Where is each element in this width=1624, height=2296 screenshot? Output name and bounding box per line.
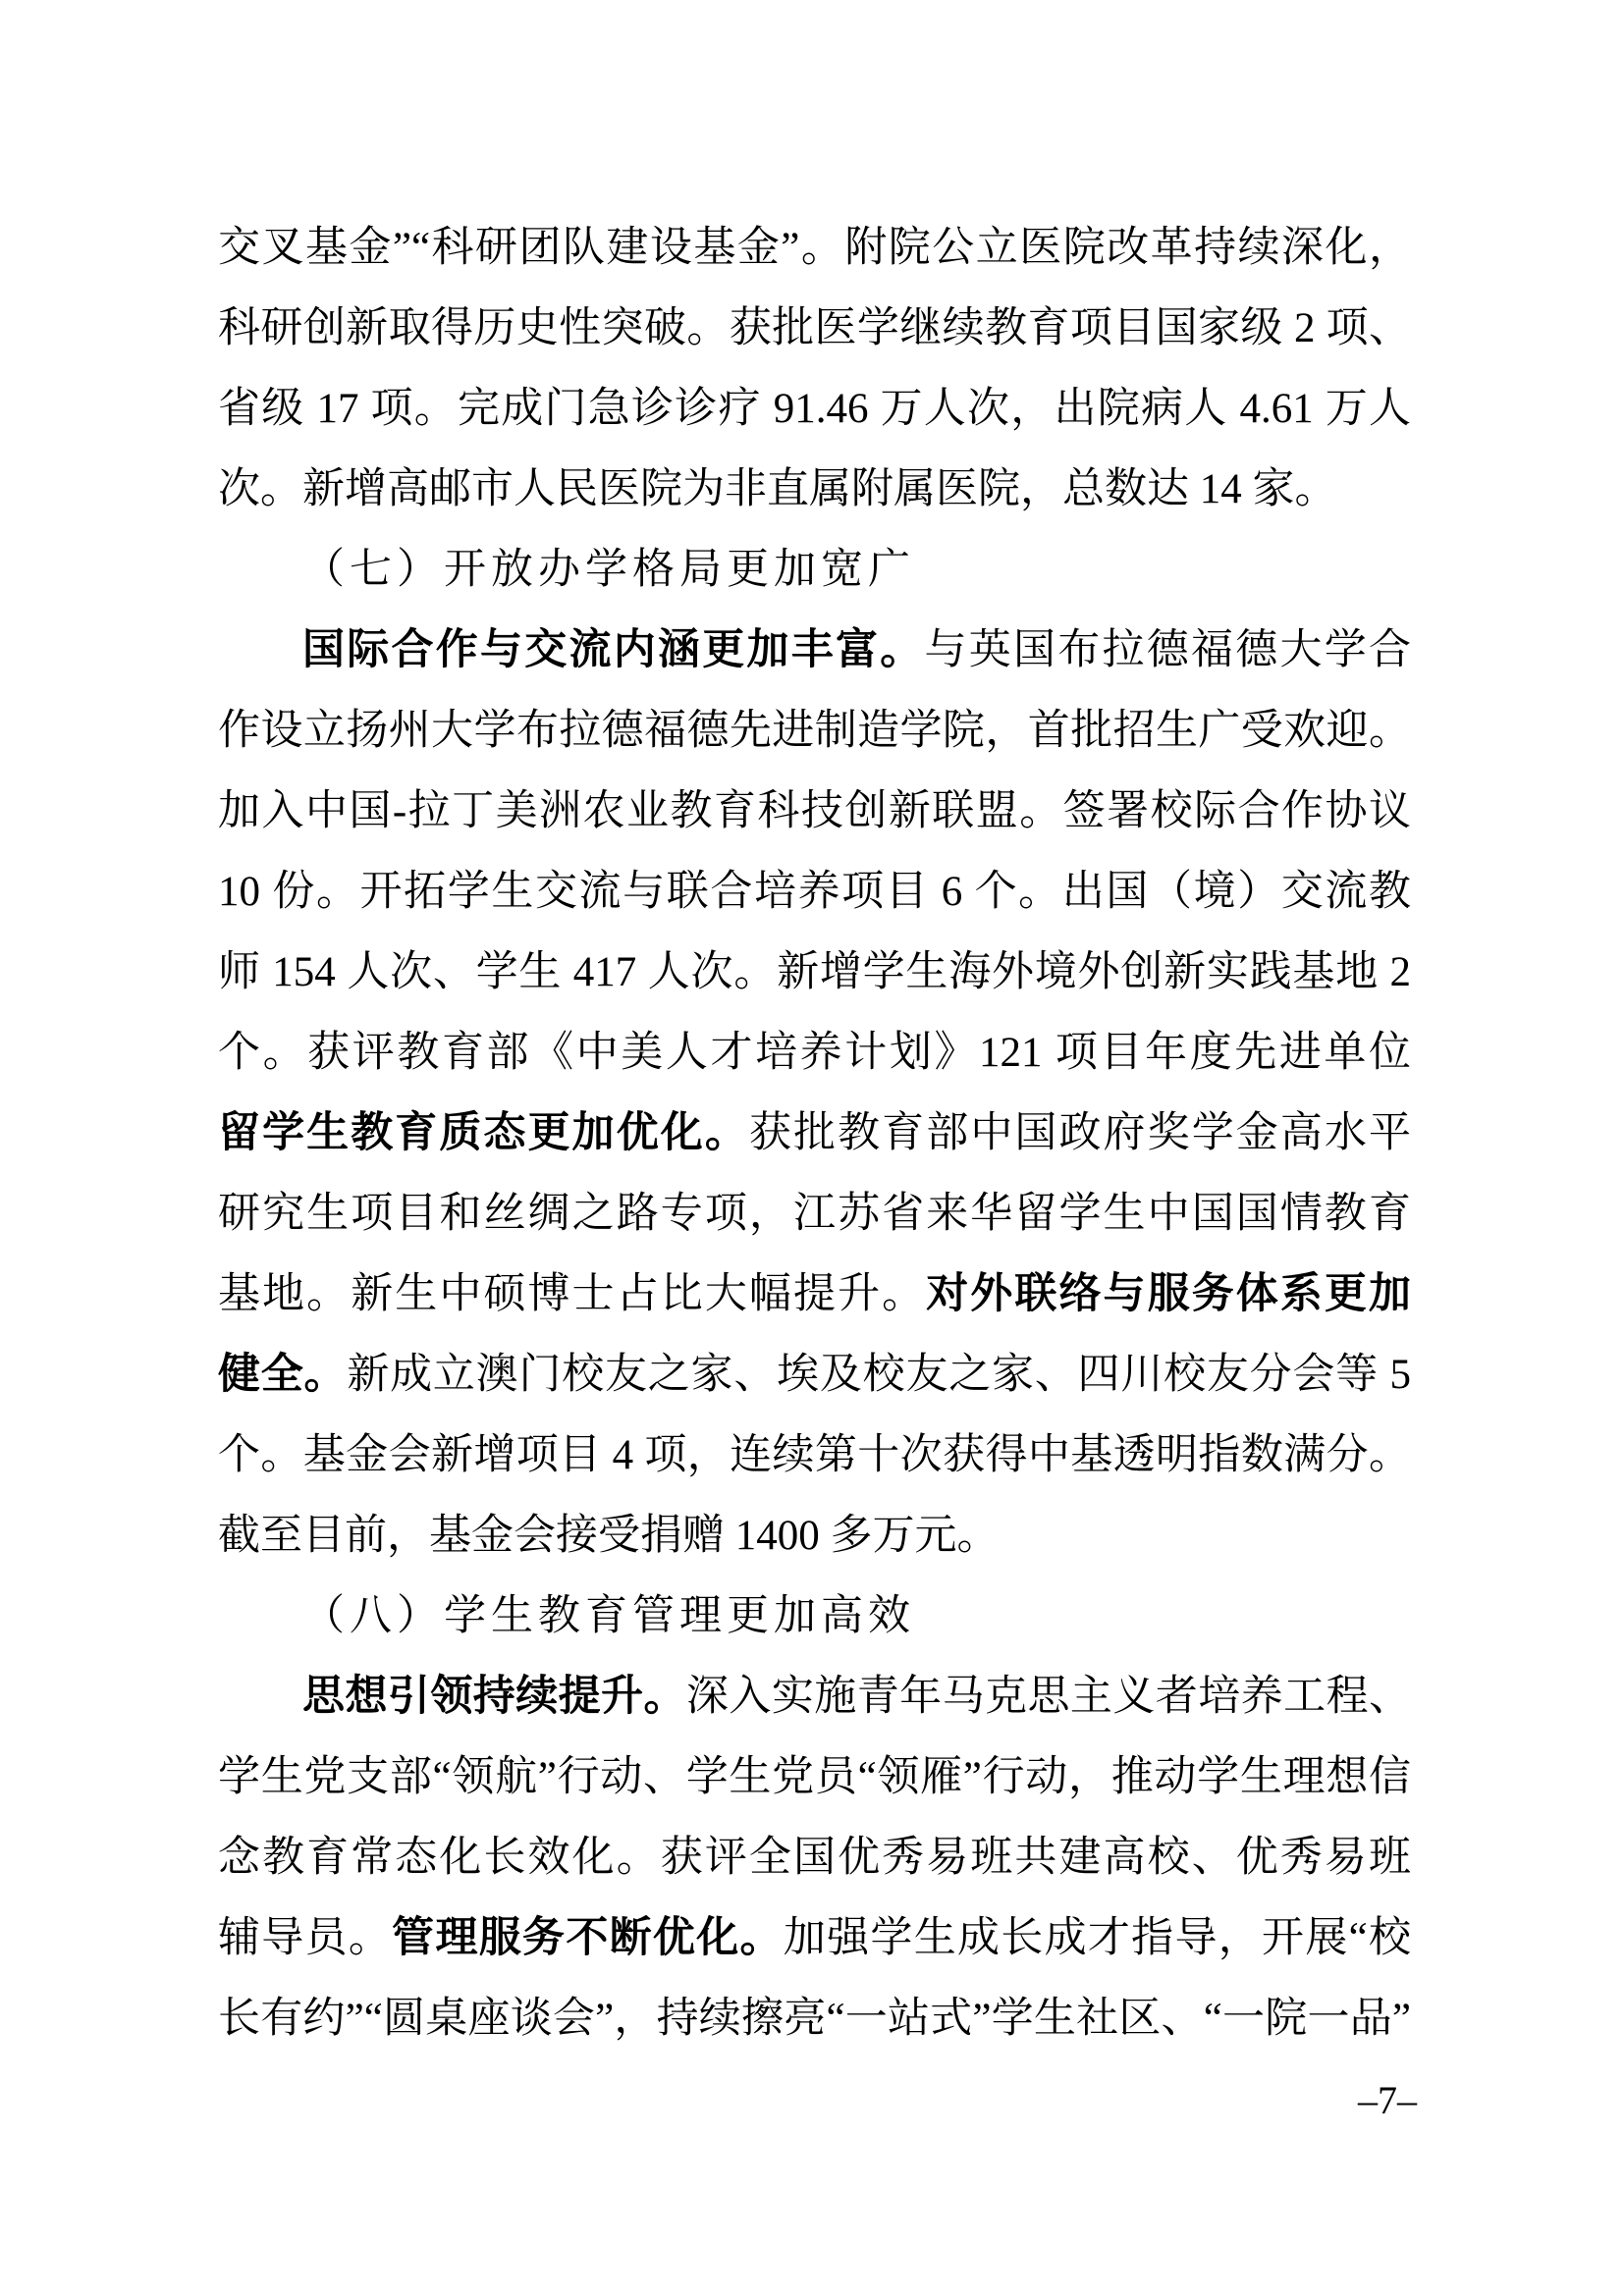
text-segment: 念教育常态化长效化。获评全国优秀易班共建高校、优秀易班 xyxy=(218,1835,1411,1881)
text-segment: 科研创新取得历史性突破。获批医学继续教育项目国家级 2 项、 xyxy=(218,305,1411,351)
text-segment: 管理服务不断优化。 xyxy=(392,1915,784,1961)
text-line: 长有约”“圆桌座谈会”，持续擦亮“一站式”学生社区、“一院一品” xyxy=(218,1979,1411,2059)
section-heading: （八）学生教育管理更加高效 xyxy=(218,1576,1411,1657)
text-segment: 交叉基金”“科研团队建设基金”。附院公立医院改革持续深化， xyxy=(218,225,1411,271)
text-line: 截至目前，基金会接受捐赠 1400 多万元。 xyxy=(218,1496,1411,1576)
text-line: 健全。新成立澳门校友之家、埃及校友之家、四川校友分会等 5 xyxy=(218,1335,1411,1415)
text-segment: 省级 17 项。完成门急诊诊疗 91.46 万人次，出院病人 4.61 万人 xyxy=(218,386,1411,432)
text-segment: 获批教育部中国政府奖学金高水平 xyxy=(749,1110,1411,1156)
text-segment: 个。基金会新增项目 4 项，连续第十次获得中基透明指数满分。 xyxy=(218,1432,1411,1478)
text-line: 国际合作与交流内涵更加丰富。与英国布拉德福德大学合 xyxy=(218,611,1411,691)
text-segment: 深入实施青年马克思主义者培养工程、 xyxy=(686,1674,1411,1720)
text-line: 作设立扬州大学布拉德福德先进制造学院，首批招生广受欢迎。 xyxy=(218,691,1411,772)
text-line: 个。获评教育部《中美人才培养计划》121 项目年度先进单位等。 xyxy=(218,1013,1411,1094)
text-line: 思想引领持续提升。深入实施青年马克思主义者培养工程、 xyxy=(218,1657,1411,1737)
text-line: 交叉基金”“科研团队建设基金”。附院公立医院改革持续深化， xyxy=(218,208,1411,289)
text-segment: 研究生项目和丝绸之路专项，江苏省来华留学生中国国情教育 xyxy=(218,1191,1411,1237)
text-segment: 学生党支部“领航”行动、学生党员“领雁”行动，推动学生理想信 xyxy=(218,1754,1411,1800)
text-line: 留学生教育质态更加优化。获批教育部中国政府奖学金高水平 xyxy=(218,1094,1411,1174)
text-segment: 思想引领持续提升。 xyxy=(302,1674,686,1720)
text-segment: 新成立澳门校友之家、埃及校友之家、四川校友分会等 5 xyxy=(347,1352,1411,1398)
text-segment: 与英国布拉德福德大学合 xyxy=(925,627,1412,673)
text-segment: 辅导员。 xyxy=(218,1915,392,1961)
text-segment: 长有约”“圆桌座谈会”，持续擦亮“一站式”学生社区、“一院一品” xyxy=(218,1996,1411,2042)
text-segment: （八）学生教育管理更加高效 xyxy=(302,1593,915,1639)
text-segment: （七）开放办学格局更加宽广 xyxy=(302,547,915,593)
text-line: 省级 17 项。完成门急诊诊疗 91.46 万人次，出院病人 4.61 万人 xyxy=(218,369,1411,450)
text-line: 个。基金会新增项目 4 项，连续第十次获得中基透明指数满分。 xyxy=(218,1415,1411,1496)
document-page: 交叉基金”“科研团队建设基金”。附院公立医院改革持续深化，科研创新取得历史性突破… xyxy=(0,0,1624,2296)
text-segment: 留学生教育质态更加优化。 xyxy=(218,1110,749,1156)
section-heading: （七）开放办学格局更加宽广 xyxy=(218,530,1411,611)
text-segment: 健全。 xyxy=(218,1352,347,1398)
text-segment: 加入中国-拉丁美洲农业教育科技创新联盟。签署校际合作协议 xyxy=(218,788,1411,834)
document-body: 交叉基金”“科研团队建设基金”。附院公立医院改革持续深化，科研创新取得历史性突破… xyxy=(218,208,1411,2059)
text-segment: 师 154 人次、学生 417 人次。新增学生海外境外创新实践基地 2 xyxy=(218,949,1411,995)
text-line: 念教育常态化长效化。获评全国优秀易班共建高校、优秀易班 xyxy=(218,1818,1411,1898)
text-line: 次。新增高邮市人民医院为非直属附属医院，总数达 14 家。 xyxy=(218,450,1411,530)
text-segment: 次。新增高邮市人民医院为非直属附属医院，总数达 14 家。 xyxy=(218,466,1337,512)
text-line: 师 154 人次、学生 417 人次。新增学生海外境外创新实践基地 2 xyxy=(218,933,1411,1013)
text-segment: 对外联络与服务体系更加 xyxy=(926,1271,1411,1317)
text-segment: 截至目前，基金会接受捐赠 1400 多万元。 xyxy=(218,1513,1000,1559)
text-line: 研究生项目和丝绸之路专项，江苏省来华留学生中国国情教育 xyxy=(218,1174,1411,1255)
text-line: 辅导员。管理服务不断优化。加强学生成长成才指导，开展“校 xyxy=(218,1898,1411,1979)
text-line: 基地。新生中硕博士占比大幅提升。对外联络与服务体系更加 xyxy=(218,1255,1411,1335)
text-segment: 加强学生成长成才指导，开展“校 xyxy=(784,1915,1411,1961)
text-segment: 国际合作与交流内涵更加丰富。 xyxy=(302,627,925,673)
text-line: 10 份。开拓学生交流与联合培养项目 6 个。出国（境）交流教 xyxy=(218,852,1411,933)
text-line: 加入中国-拉丁美洲农业教育科技创新联盟。签署校际合作协议 xyxy=(218,772,1411,852)
text-segment: 10 份。开拓学生交流与联合培养项目 6 个。出国（境）交流教 xyxy=(218,869,1411,915)
text-line: 学生党支部“领航”行动、学生党员“领雁”行动，推动学生理想信 xyxy=(218,1737,1411,1818)
text-segment: 基地。新生中硕博士占比大幅提升。 xyxy=(218,1271,926,1317)
text-segment: 作设立扬州大学布拉德福德先进制造学院，首批招生广受欢迎。 xyxy=(218,708,1411,754)
text-segment: 个。获评教育部《中美人才培养计划》121 项目年度先进单位等。 xyxy=(218,1030,1411,1094)
page-number: –7– xyxy=(1343,2073,1432,2128)
text-line: 科研创新取得历史性突破。获批医学继续教育项目国家级 2 项、 xyxy=(218,289,1411,369)
